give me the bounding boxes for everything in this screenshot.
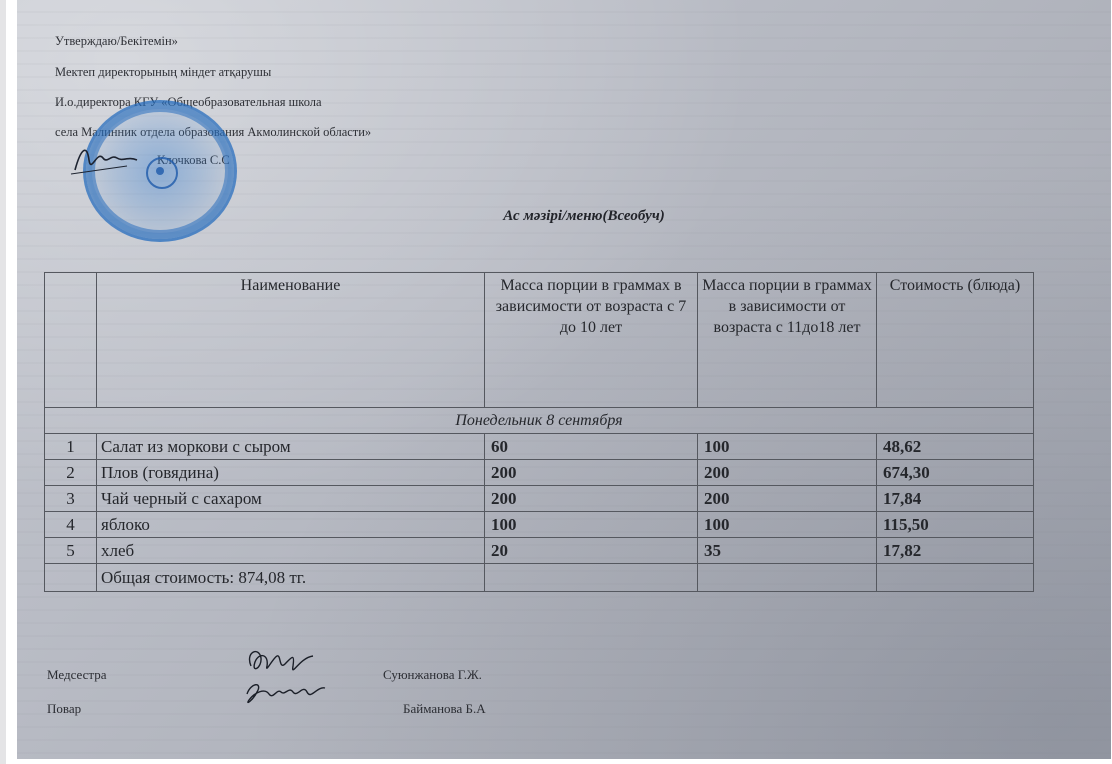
row-number: 5 bbox=[45, 538, 97, 564]
dish-cost: 115,50 bbox=[877, 512, 1034, 538]
document-photo: Утверждаю/Бекітемін» Мектеп директорының… bbox=[17, 0, 1111, 759]
menu-title: Ас мәзірі/меню(Всеобуч) bbox=[17, 208, 1111, 225]
dish-cost: 17,82 bbox=[877, 538, 1034, 564]
day-label: Понедельник 8 сентября bbox=[45, 408, 1034, 434]
mass-11-18: 200 bbox=[698, 486, 877, 512]
total-empty-cell bbox=[485, 564, 698, 592]
mass-11-18: 35 bbox=[698, 538, 877, 564]
table-row: 3 Чай черный с сахаром 200 200 17,84 bbox=[45, 486, 1034, 512]
staff-signature-icon bbox=[237, 644, 357, 714]
total-cost: Общая стоимость: 874,08 тг. bbox=[97, 564, 485, 592]
row-number: 3 bbox=[45, 486, 97, 512]
dish-name: яблоко bbox=[97, 512, 485, 538]
header-mass-11-18: Масса порции в граммах в зависимости от … bbox=[698, 273, 877, 408]
mass-7-10: 60 bbox=[485, 434, 698, 460]
table-row: 2 Плов (говядина) 200 200 674,30 bbox=[45, 460, 1034, 486]
page-left-margin bbox=[0, 0, 6, 764]
total-row: Общая стоимость: 874,08 тг. bbox=[45, 564, 1034, 592]
table-header-row: Наименование Масса порции в граммах в за… bbox=[45, 273, 1034, 408]
header-name: Наименование bbox=[97, 273, 485, 408]
dish-name: Чай черный с сахаром bbox=[97, 486, 485, 512]
total-empty-cell bbox=[877, 564, 1034, 592]
header-cost: Стоимость (блюда) bbox=[877, 273, 1034, 408]
header-number bbox=[45, 273, 97, 408]
table-row: 4 яблоко 100 100 115,50 bbox=[45, 512, 1034, 538]
dish-cost: 48,62 bbox=[877, 434, 1034, 460]
dish-name: Плов (говядина) bbox=[97, 460, 485, 486]
mass-7-10: 100 bbox=[485, 512, 698, 538]
dish-cost: 17,84 bbox=[877, 486, 1034, 512]
menu-table: Наименование Масса порции в граммах в за… bbox=[44, 272, 1034, 592]
table-row: 1 Салат из моркови с сыром 60 100 48,62 bbox=[45, 434, 1034, 460]
mass-7-10: 20 bbox=[485, 538, 698, 564]
total-number-cell bbox=[45, 564, 97, 592]
mass-11-18: 100 bbox=[698, 512, 877, 538]
approval-line-1: Утверждаю/Бекітемін» bbox=[55, 34, 178, 49]
day-row: Понедельник 8 сентября bbox=[45, 408, 1034, 434]
dish-name: Салат из моркови с сыром bbox=[97, 434, 485, 460]
row-number: 1 bbox=[45, 434, 97, 460]
mass-11-18: 100 bbox=[698, 434, 877, 460]
nurse-label: Медсестра bbox=[47, 667, 107, 683]
mass-7-10: 200 bbox=[485, 460, 698, 486]
nurse-name: Суюнжанова Г.Ж. bbox=[383, 667, 482, 683]
table-row: 5 хлеб 20 35 17,82 bbox=[45, 538, 1034, 564]
total-empty-cell bbox=[698, 564, 877, 592]
dish-cost: 674,30 bbox=[877, 460, 1034, 486]
cook-name: Байманова Б.А bbox=[403, 701, 486, 717]
mass-7-10: 200 bbox=[485, 486, 698, 512]
approval-line-2: Мектеп директорының міндет атқарушы bbox=[55, 65, 271, 80]
director-signature-icon bbox=[67, 140, 147, 180]
stamp-emblem-icon bbox=[146, 157, 178, 189]
mass-11-18: 200 bbox=[698, 460, 877, 486]
row-number: 4 bbox=[45, 512, 97, 538]
cook-label: Повар bbox=[47, 701, 81, 717]
header-mass-7-10: Масса порции в граммах в зависимости от … bbox=[485, 273, 698, 408]
row-number: 2 bbox=[45, 460, 97, 486]
dish-name: хлеб bbox=[97, 538, 485, 564]
